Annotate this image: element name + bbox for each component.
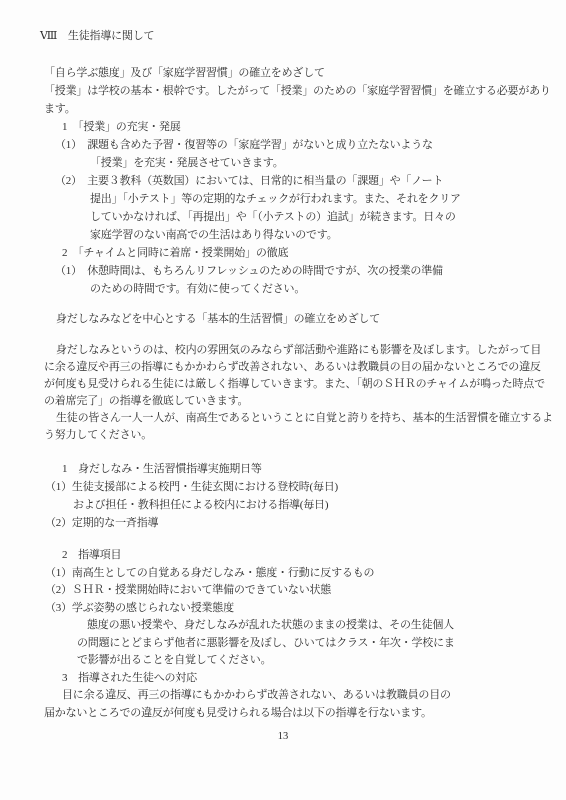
grooming-paragraph: 身だしなみというのは、校内の雰囲気のみならず部活動や進路にも影響を及ぼします。し… [0,342,566,444]
sub-item: （2）定期的な一斉指導 [0,514,566,532]
body-line: に余る違反や再三の指導にもかかわらず改善されない、あるいは教職員の目の届かないと… [0,359,566,376]
page-number: 13 [0,729,566,745]
numbered-item: 1 身だしなみ・生活習慣指導実施期日等 [0,460,566,478]
body-line: 身だしなみというのは、校内の雰囲気のみならず部活動や進路にも影響を及ぼします。し… [0,342,566,359]
section-title: 「自ら学ぶ態度」及び「家庭学習習慣」の確立をめざして [0,64,566,82]
sub-item: （3）学ぶ姿勢の感じられない授業態度 [0,600,566,618]
body-line: 提出」「小テスト」等の定期的なチェックが行われます。また、それをクリア [0,190,566,208]
section-title: 身だしなみなどを中心とする「基本的生活習慣」の確立をめざして [0,310,566,328]
sub-item: （1） 課題も含めた予習・復習等の「家庭学習」がないと成り立たないような [0,136,566,154]
body-line: 届かないところでの違反が何度も見受けられる場合は以下の指導を行ないます。 [0,705,566,723]
sub-item: （1） 休憩時間は、もちろんリフレッシュのための時間ですが、次の授業の準備 [0,262,566,280]
section-grooming-habits: 身だしなみなどを中心とする「基本的生活習慣」の確立をめざして [0,310,566,328]
body-line: 目に余る違反、再三の指導にもかかわらず改善されない、あるいは教職員の目の [0,687,566,705]
guidance-items-block: 2 指導項目 （1）南高生としての自覚ある身だしなみ・態度・行動に反するもの （… [0,547,566,722]
body-line: 生徒の皆さん一人一人が、南高生であるということに自覚と誇りを持ち、基本的生活習慣… [0,410,566,427]
body-line: が何度も見受けられる生徒には厳しく指導していきます。また、「朝のＳＨＲのチャイム… [0,376,566,393]
body-line: 「授業」は学校の基本・根幹です。したがって「授業」のための「家庭学習習慣」を確立… [0,82,566,100]
body-line: の問題にとどまらず他者に悪影響を及ぼし、ひいてはクラス・年次・学校にま [0,635,566,653]
numbered-item: 2 「チャイムと同時に着席・授業開始」の徹底 [0,244,566,262]
body-line: していかなければ、「再提出」や「（小テストの）追試」が続きます。日々の [0,208,566,226]
page-heading: Ⅷ 生徒指導に関して [0,27,566,45]
numbered-item: 3 指導された生徒への対応 [0,670,566,688]
body-line: ます。 [0,100,566,118]
sub-item: （1）生徒支援部による校門・生徒玄関における登校時(毎日) [0,478,566,496]
body-line: 態度の悪い授業や、身だしなみが乱れた状態のままの授業は、その生徒個人 [0,617,566,635]
body-line: 「授業」を充実・発展させていきます。 [0,154,566,172]
body-line: う努力してください。 [0,427,566,444]
body-line: および担任・教科担任による校内における指導(毎日) [0,496,566,514]
numbered-item: 2 指導項目 [0,547,566,565]
sub-item: （1）南高生としての自覚ある身だしなみ・態度・行動に反するもの [0,565,566,583]
body-line: で影響が出ることを自覚してください。 [0,652,566,670]
page-heading-block: Ⅷ 生徒指導に関して [0,27,566,45]
sub-item: （2）ＳＨＲ・授業開始時において準備のできていない状態 [0,582,566,600]
body-line: の着席完了」の指導を徹底していきます。 [0,393,566,410]
body-line: のための時間です。有効に使ってください。 [0,280,566,298]
section-study-habits: 「自ら学ぶ態度」及び「家庭学習習慣」の確立をめざして 「授業」は学校の基本・根幹… [0,64,566,298]
sub-item: （2） 主要３教科（英数国）においては、日常的に相当量の「課題」や「ノート [0,172,566,190]
body-line: 家庭学習のない南高での生活はあり得ないのです。 [0,226,566,244]
document-page: Ⅷ 生徒指導に関して 「自ら学ぶ態度」及び「家庭学習習慣」の確立をめざして 「授… [0,0,566,800]
numbered-item: 1 「授業」の充実・発展 [0,118,566,136]
guidance-schedule-block: 1 身だしなみ・生活習慣指導実施期日等 （1）生徒支援部による校門・生徒玄関にお… [0,460,566,532]
